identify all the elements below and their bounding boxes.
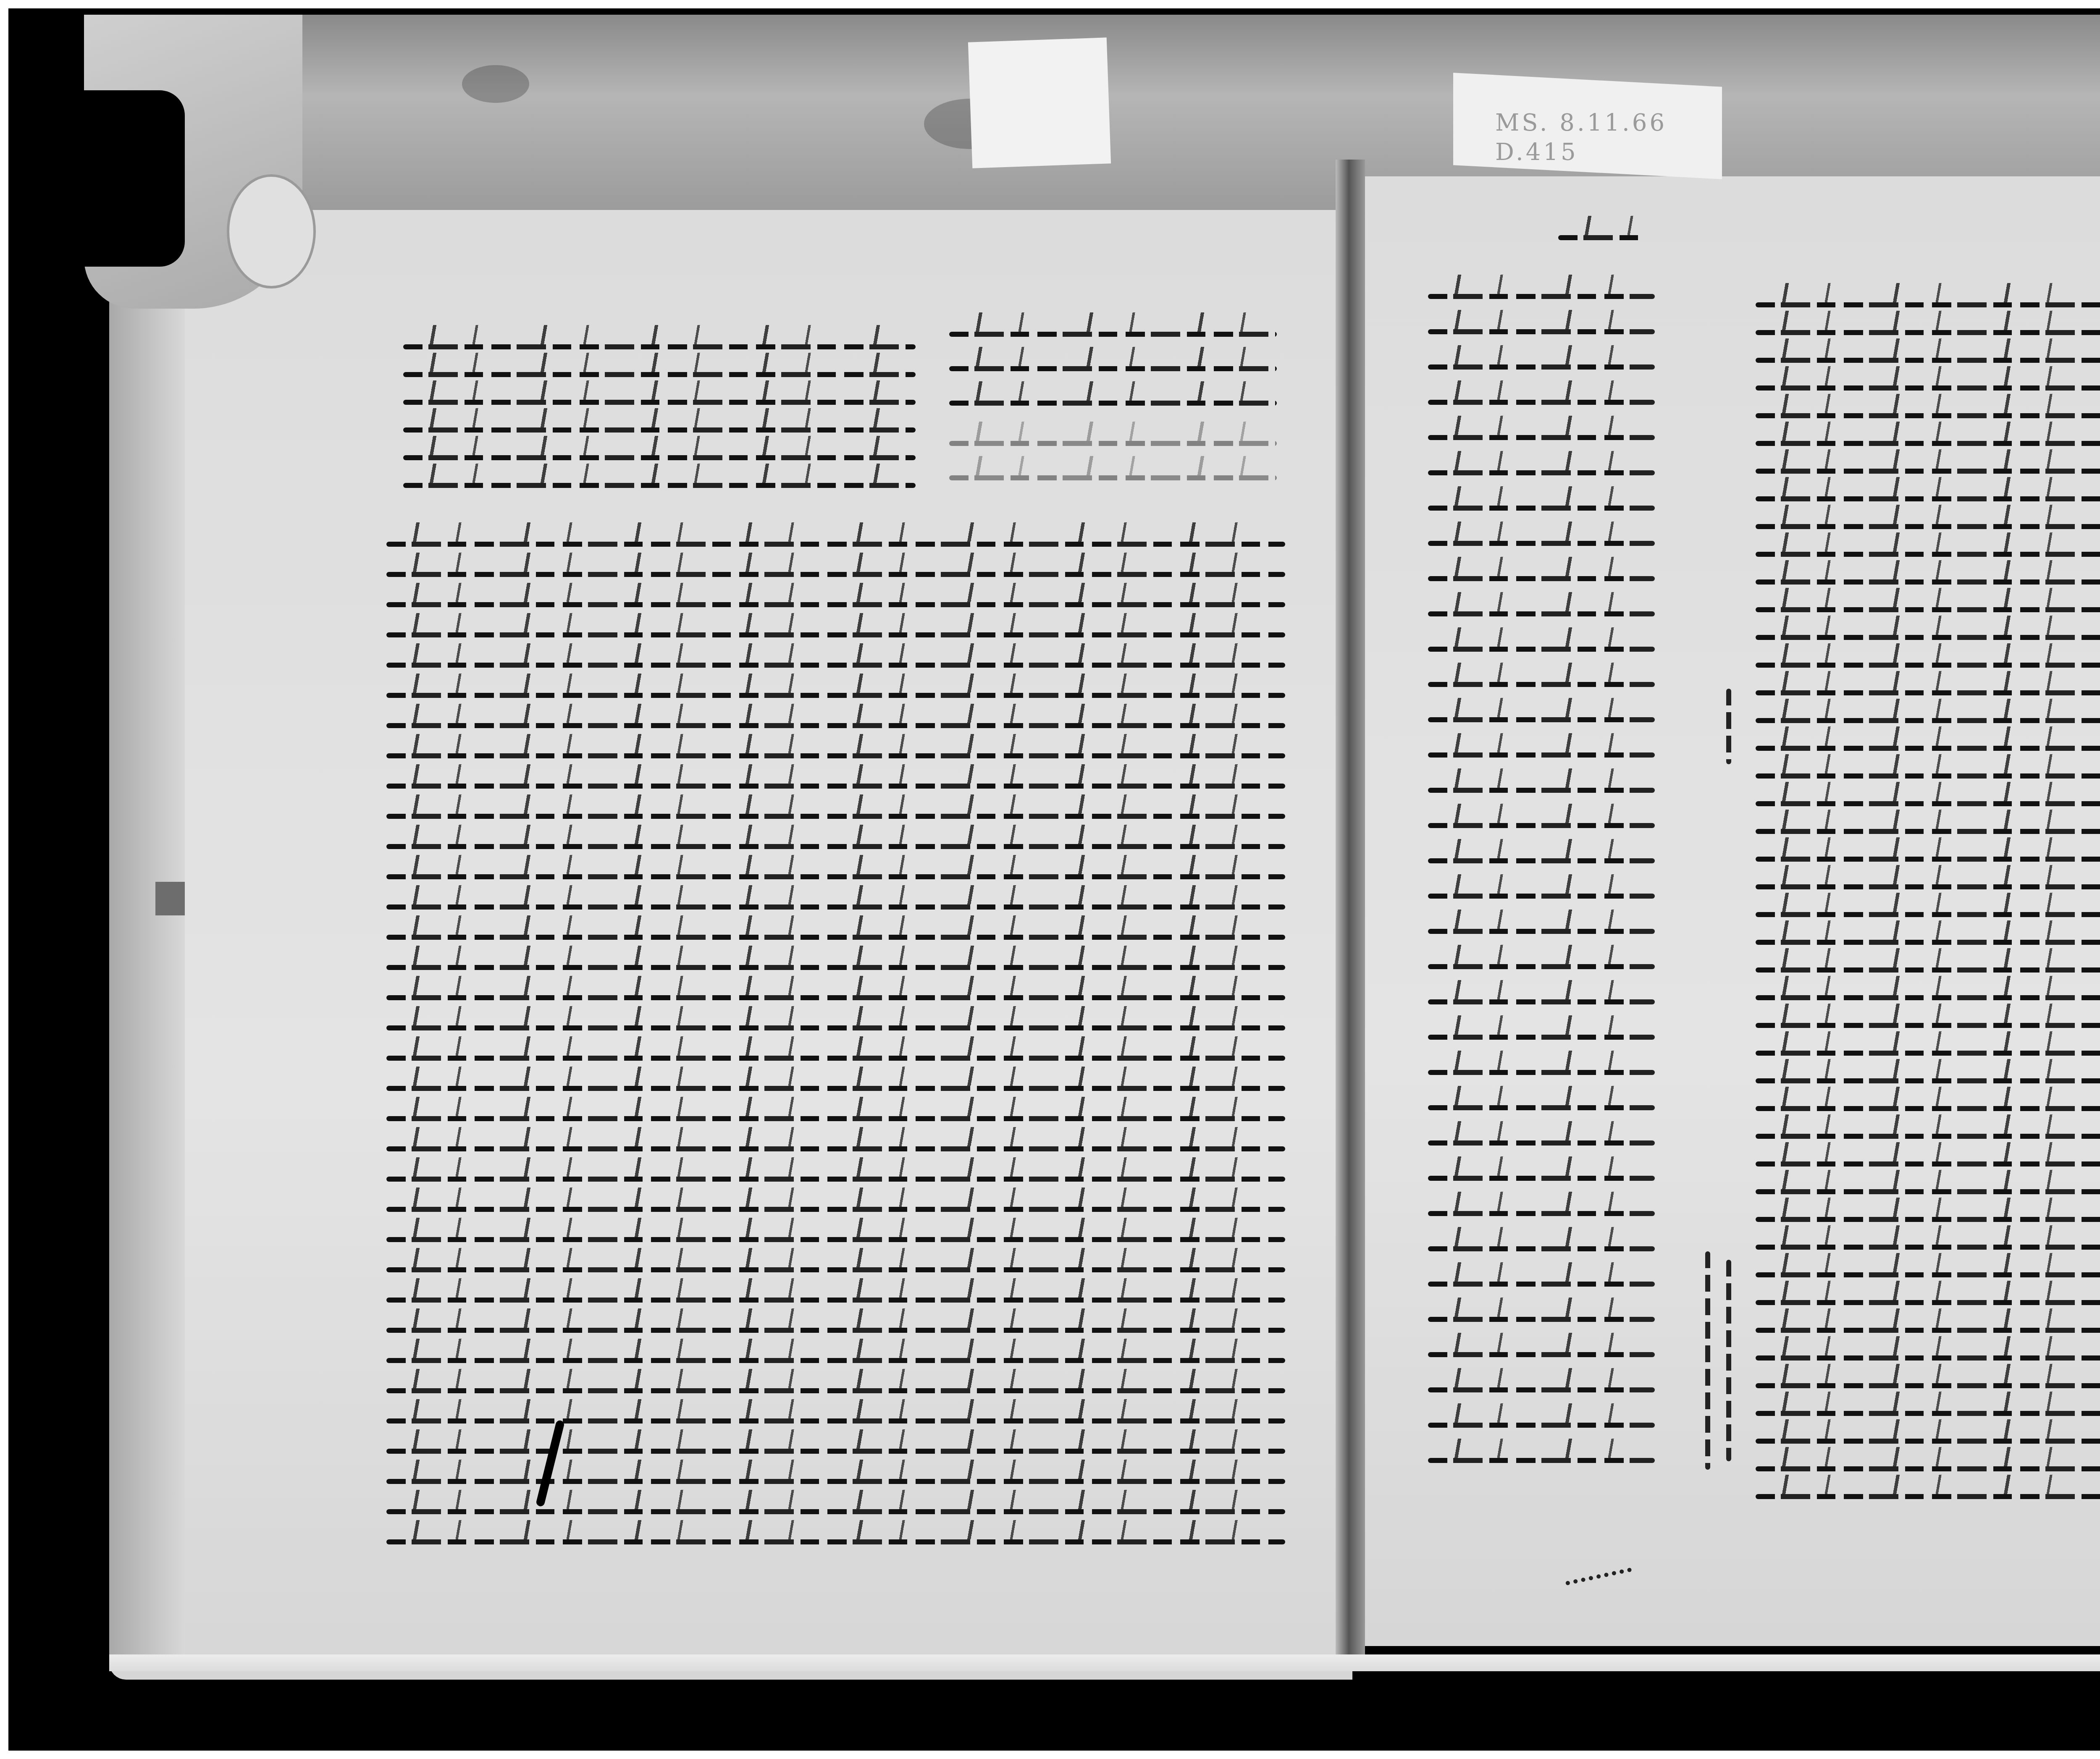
hand-shadow xyxy=(84,90,185,267)
page-stain xyxy=(155,882,185,915)
right-inner-column xyxy=(1428,294,1655,1493)
page-bottom-edge xyxy=(109,1654,2100,1671)
right-outer-column xyxy=(1756,302,2100,1522)
left-hand xyxy=(84,15,302,309)
vertical-margin-note xyxy=(1726,1260,1731,1461)
page-edges xyxy=(109,235,185,1671)
catalog-label-line2: D.415 xyxy=(1495,139,1578,166)
vertical-margin-note xyxy=(1726,689,1731,764)
left-main-text-block xyxy=(386,542,1285,1570)
book-gutter xyxy=(1336,160,1365,1654)
paper-tab xyxy=(968,37,1111,168)
right-running-head xyxy=(1558,235,1642,239)
vertical-margin-note xyxy=(1705,1251,1710,1470)
surface-stain xyxy=(462,65,529,103)
left-side-text-block xyxy=(949,332,1277,435)
thumbnail xyxy=(227,174,316,288)
left-side-faint-lines xyxy=(949,441,1277,510)
left-header-text-block xyxy=(403,344,916,511)
catalog-label-line1: MS. 8.11.66 xyxy=(1495,109,1667,136)
